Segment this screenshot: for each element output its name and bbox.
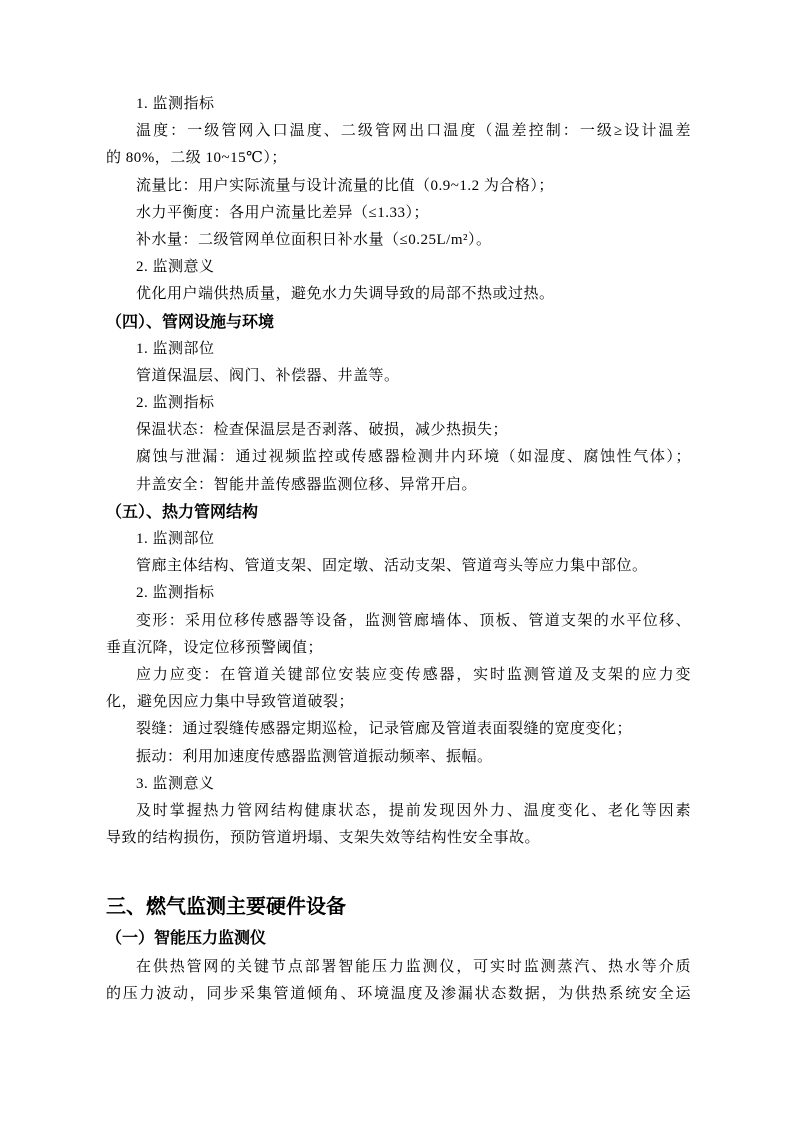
subsection-heading-5: （五）、热力管网结构 bbox=[106, 499, 691, 526]
body-line: 管道保温层、阀门、补偿器、井盖等。 bbox=[106, 363, 691, 390]
body-line: 在供热管网的关键节点部署智能压力监测仪，可实时监测蒸汽、热水等介质 bbox=[106, 954, 691, 981]
body-line: 导致的结构损伤，预防管道坍塌、支架失效等结构性安全事故。 bbox=[106, 825, 691, 852]
body-line: 振动：利用加速度传感器监测管道振动频率、振幅。 bbox=[106, 744, 691, 771]
subsection-heading-4: （四）、管网设施与环境 bbox=[106, 309, 691, 336]
body-line: 腐蚀与泄漏：通过视频监控或传感器检测井内环境（如湿度、腐蚀性气体）； bbox=[106, 444, 691, 471]
body-line: 补水量：二级管网单位面积日补水量（≤0.25L/m²）。 bbox=[106, 227, 691, 254]
document-page: 1. 监测指标 温度：一级管网入口温度、二级管网出口温度（温差控制：一级≥设计温… bbox=[0, 0, 793, 1122]
body-line: 裂缝：通过裂缝传感器定期巡检，记录管廊及管道表面裂缝的宽度变化； bbox=[106, 716, 691, 743]
body-line: 2. 监测意义 bbox=[106, 254, 691, 281]
body-line: 1. 监测部位 bbox=[106, 526, 691, 553]
body-line: 2. 监测指标 bbox=[106, 580, 691, 607]
document-text-block: 1. 监测指标 温度：一级管网入口温度、二级管网出口温度（温差控制：一级≥设计温… bbox=[106, 0, 691, 1009]
subsection-heading-1: （一）智能压力监测仪 bbox=[106, 924, 691, 954]
body-line: 及时掌握热力管网结构健康状态，提前发现因外力、温度变化、老化等因素 bbox=[106, 798, 691, 825]
body-line: 化，避免因应力集中导致管道破裂； bbox=[106, 689, 691, 716]
body-line: 水力平衡度：各用户流量比差异（≤1.33）； bbox=[106, 200, 691, 227]
body-line: 垂直沉降，设定位移预警阈值； bbox=[106, 635, 691, 662]
body-line: 管廊主体结构、管道支架、固定墩、活动支架、管道弯头等应力集中部位。 bbox=[106, 553, 691, 580]
body-line: 1. 监测部位 bbox=[106, 336, 691, 363]
body-line: 应力应变：在管道关键部位安装应变传感器，实时监测管道及支架的应力变 bbox=[106, 662, 691, 689]
body-line: 井盖安全：智能井盖传感器监测位移、异常开启。 bbox=[106, 472, 691, 499]
body-line: 1. 监测指标 bbox=[106, 91, 691, 118]
body-line: 温度：一级管网入口温度、二级管网出口温度（温差控制：一级≥设计温差 bbox=[106, 118, 691, 145]
body-line: 3. 监测意义 bbox=[106, 771, 691, 798]
section-heading: 三、燃气监测主要硬件设备 bbox=[106, 890, 691, 924]
body-line: 的压力波动，同步采集管道倾角、环境温度及渗漏状态数据，为供热系统安全运 bbox=[106, 981, 691, 1008]
body-line: 变形：采用位移传感器等设备，监测管廊墙体、顶板、管道支架的水平位移、 bbox=[106, 608, 691, 635]
body-line: 流量比：用户实际流量与设计流量的比值（0.9~1.2 为合格）； bbox=[106, 173, 691, 200]
body-line: 保温状态：检查保温层是否剥落、破损，减少热损失； bbox=[106, 417, 691, 444]
body-line: 2. 监测指标 bbox=[106, 390, 691, 417]
body-line: 优化用户端供热质量，避免水力失调导致的局部不热或过热。 bbox=[106, 281, 691, 308]
body-line: 的 80%，二级 10~15℃）； bbox=[106, 145, 691, 172]
